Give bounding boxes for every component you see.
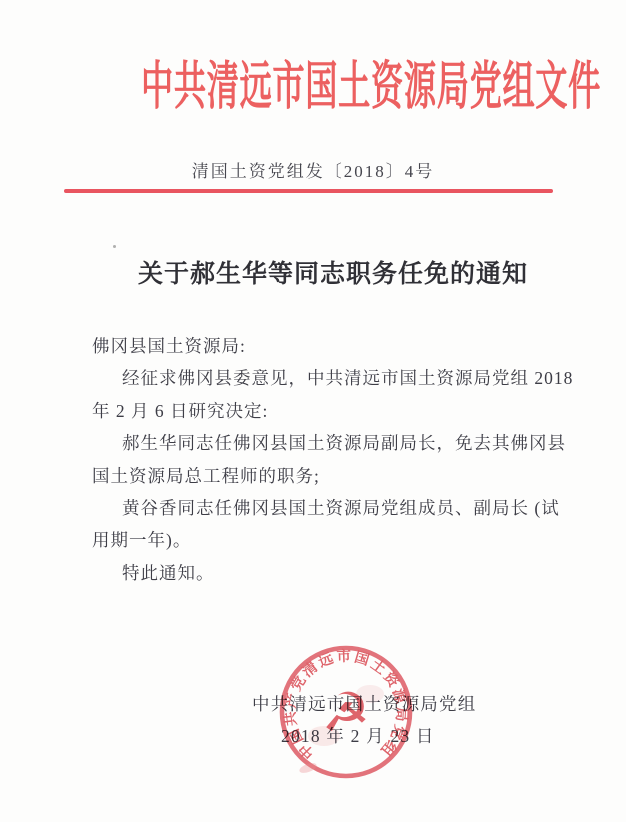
document-title: 关于郝生华等同志职务任免的通知 [40, 254, 626, 290]
document-header-text: 中共清远市国土资源局党组文件 [141, 44, 601, 119]
document-body: 佛冈县国土资源局: 经征求佛冈县委意见，中共清远市国土资源局党组 2018 年 … [92, 330, 572, 589]
body-line: 黄谷香同志任佛冈县国土资源局党组成员、副局长 (试 [122, 492, 572, 524]
party-emblem-icon: ☭ [322, 681, 370, 744]
body-line: 经征求佛冈县委意见，中共清远市国土资源局党组 2018 [122, 362, 572, 394]
body-line: 佛冈县国土资源局: [92, 330, 572, 362]
body-line: 郝生华同志任佛冈县国土资源局副局长，免去其佛冈县 [122, 427, 572, 459]
official-seal: 中国共产党清远市国土资源局党组 ☭ [266, 632, 426, 792]
red-separator-rule [64, 189, 553, 193]
doc-number: 清国土资党组发〔2018〕4号 [0, 157, 626, 182]
document-page: 中共清远市国土资源局党组文件 清国土资党组发〔2018〕4号 关于郝生华等同志职… [0, 0, 626, 822]
body-line: 年 2 月 6 日研究决定: [92, 395, 572, 427]
body-line: 国土资源局总工程师的职务; [92, 460, 572, 492]
body-line: 用期一年)。 [92, 524, 572, 556]
body-line: 特此通知。 [122, 557, 572, 589]
scan-speck [113, 245, 116, 248]
document-header: 中共清远市国土资源局党组文件 [0, 44, 614, 119]
